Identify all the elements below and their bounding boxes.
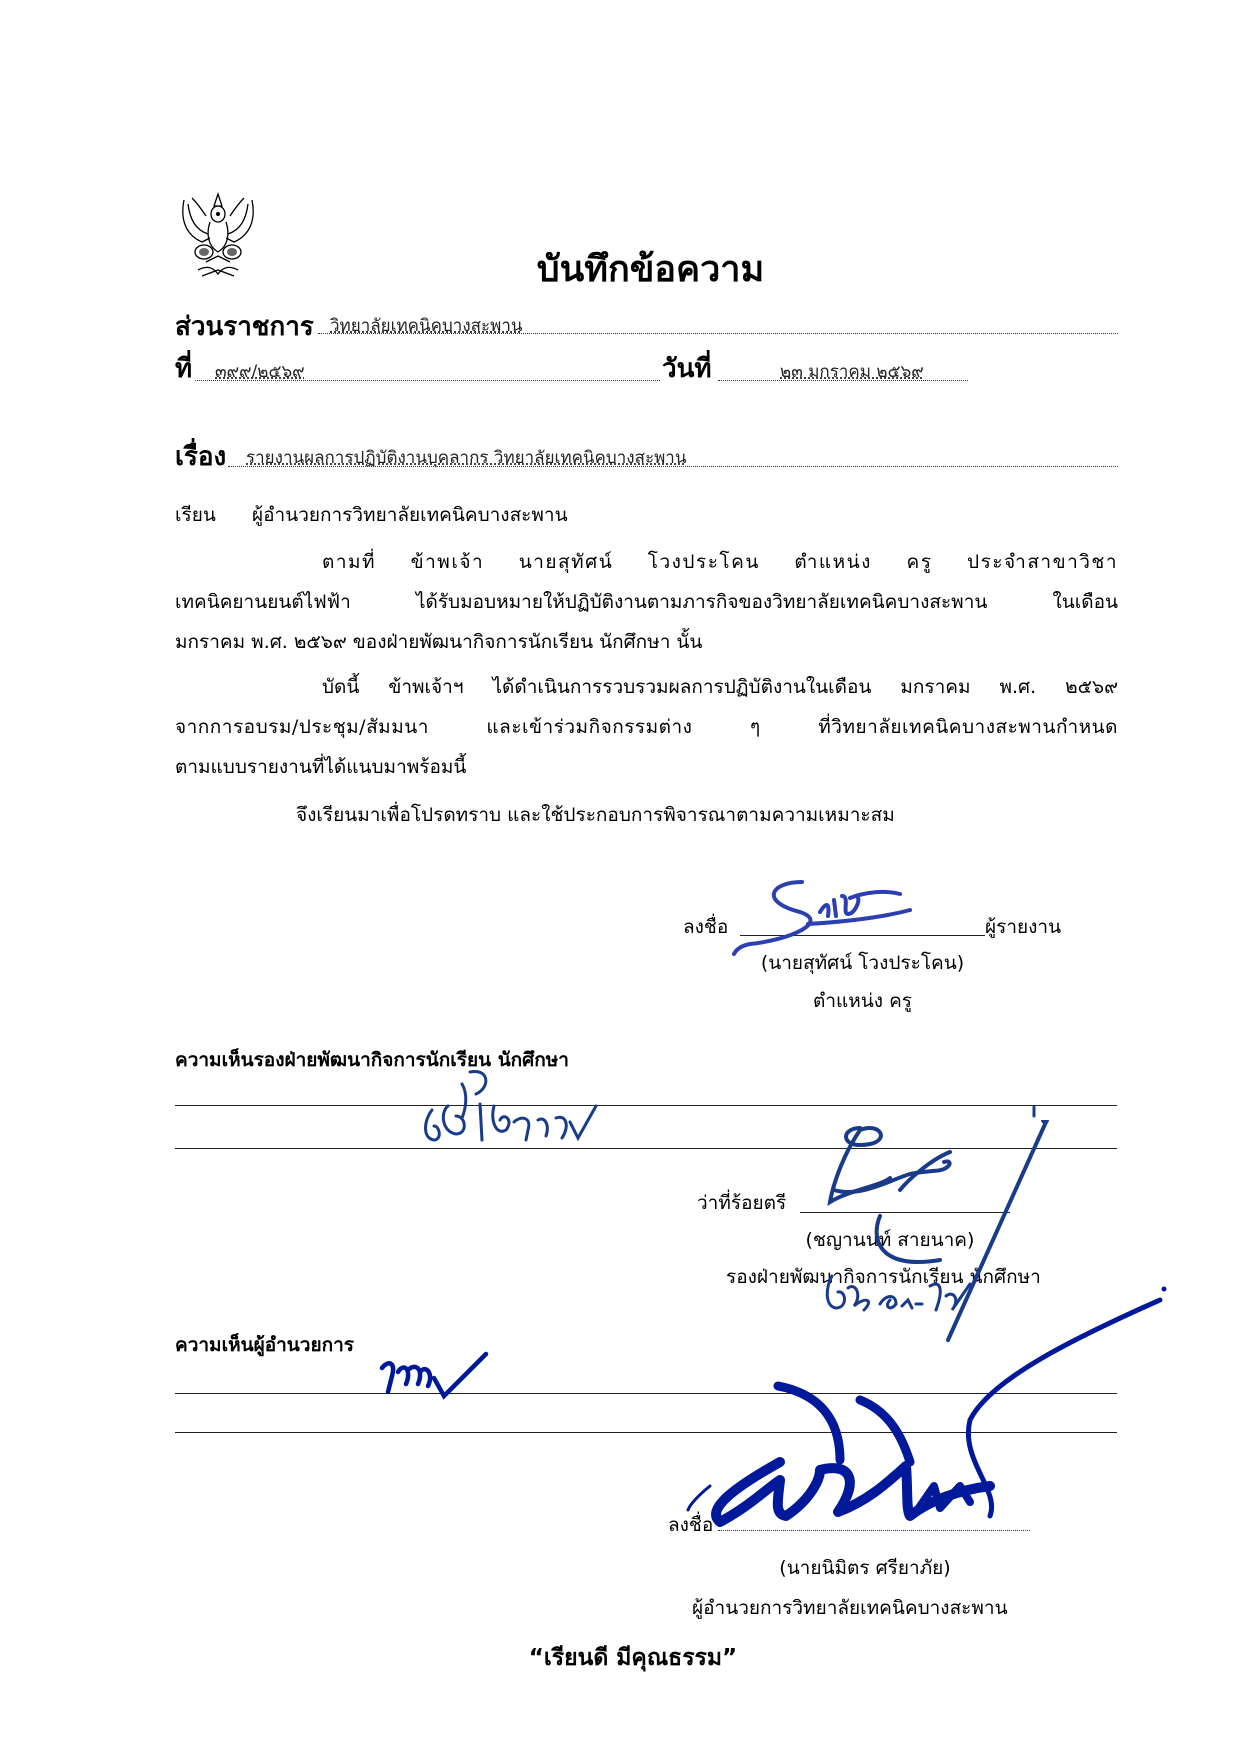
reporter-role: ผู้รายงาน — [985, 912, 1061, 942]
salutation-value: ผู้อำนวยการวิทยาลัยเทคนิคบางสะพาน — [252, 500, 568, 530]
para2-line3: ตามแบบรายงานที่ได้แนบมาพร้อมนี้ — [175, 752, 466, 782]
date-label: วันที่ — [662, 348, 712, 389]
director-sign-dotted-line — [718, 1530, 1030, 1531]
ink-dot-icon-2 — [1030, 1105, 1038, 1119]
date-value: ๒๓ มกราคม ๒๕๖๙ — [780, 358, 924, 385]
reporter-position: ตำแหน่ง ครู — [740, 986, 985, 1016]
ref-label: ที่ — [175, 348, 192, 389]
para1-line1: ตามที่ ข้าพเจ้า นายสุทัศน์ โวงประโคน ตำแ… — [322, 547, 1118, 577]
director-opinion-heading: ความเห็นผู้อำนวยการ — [175, 1330, 354, 1360]
agency-label: ส่วนราชการ — [175, 306, 314, 347]
director-signature-icon — [670, 1290, 1170, 1540]
deputy-handwritten-note-icon — [410, 1060, 640, 1150]
para2-line1: บัดนี้ ข้าพเจ้าฯ ได้ดำเนินการรวบรวมผลการ… — [322, 672, 1118, 702]
salutation-label: เรียน — [175, 500, 216, 530]
closing-sentence: จึงเรียนมาเพื่อโปรดทราบ และใช้ประกอบการพ… — [296, 800, 895, 830]
document-title: บันทึกข้อความ — [0, 240, 1241, 297]
director-sign-label: ลงชื่อ — [668, 1510, 713, 1540]
para2-line2: จากการอบรม/ประชุม/สัมมนา และเข้าร่วมกิจก… — [175, 712, 1118, 742]
director-handwritten-note-icon — [378, 1350, 498, 1405]
subject-value: รายงานผลการปฏิบัติงานบุคลากร วิทยาลัยเทค… — [246, 444, 686, 471]
director-position: ผู้อำนวยการวิทยาลัยเทคนิคบางสะพาน — [692, 1593, 1008, 1623]
reporter-signature-icon — [730, 872, 930, 962]
deputy-rank-label: ว่าที่ร้อยตรี — [697, 1188, 786, 1218]
para1-line3: มกราคม พ.ศ. ๒๕๖๙ ของฝ่ายพัฒนากิจการนักเร… — [175, 627, 702, 657]
para1-line2: เทคนิคยานยนต์ไฟฟ้า ได้รับมอบหมายให้ปฏิบั… — [175, 587, 1118, 617]
footer-motto: “เรียนดี มีคุณธรรม” — [0, 1640, 1241, 1676]
reporter-sign-label: ลงชื่อ — [683, 912, 728, 942]
ref-value: ๓๙๙/๒๕๖๙ — [215, 358, 305, 385]
subject-label: เรื่อง — [175, 436, 226, 477]
director-name: (นายนิมิตร ศรียาภัย) — [700, 1553, 1030, 1583]
deputy-opinion-line-1 — [175, 1105, 1117, 1106]
agency-value: วิทยาลัยเทคนิคบางสะพาน — [330, 312, 523, 339]
